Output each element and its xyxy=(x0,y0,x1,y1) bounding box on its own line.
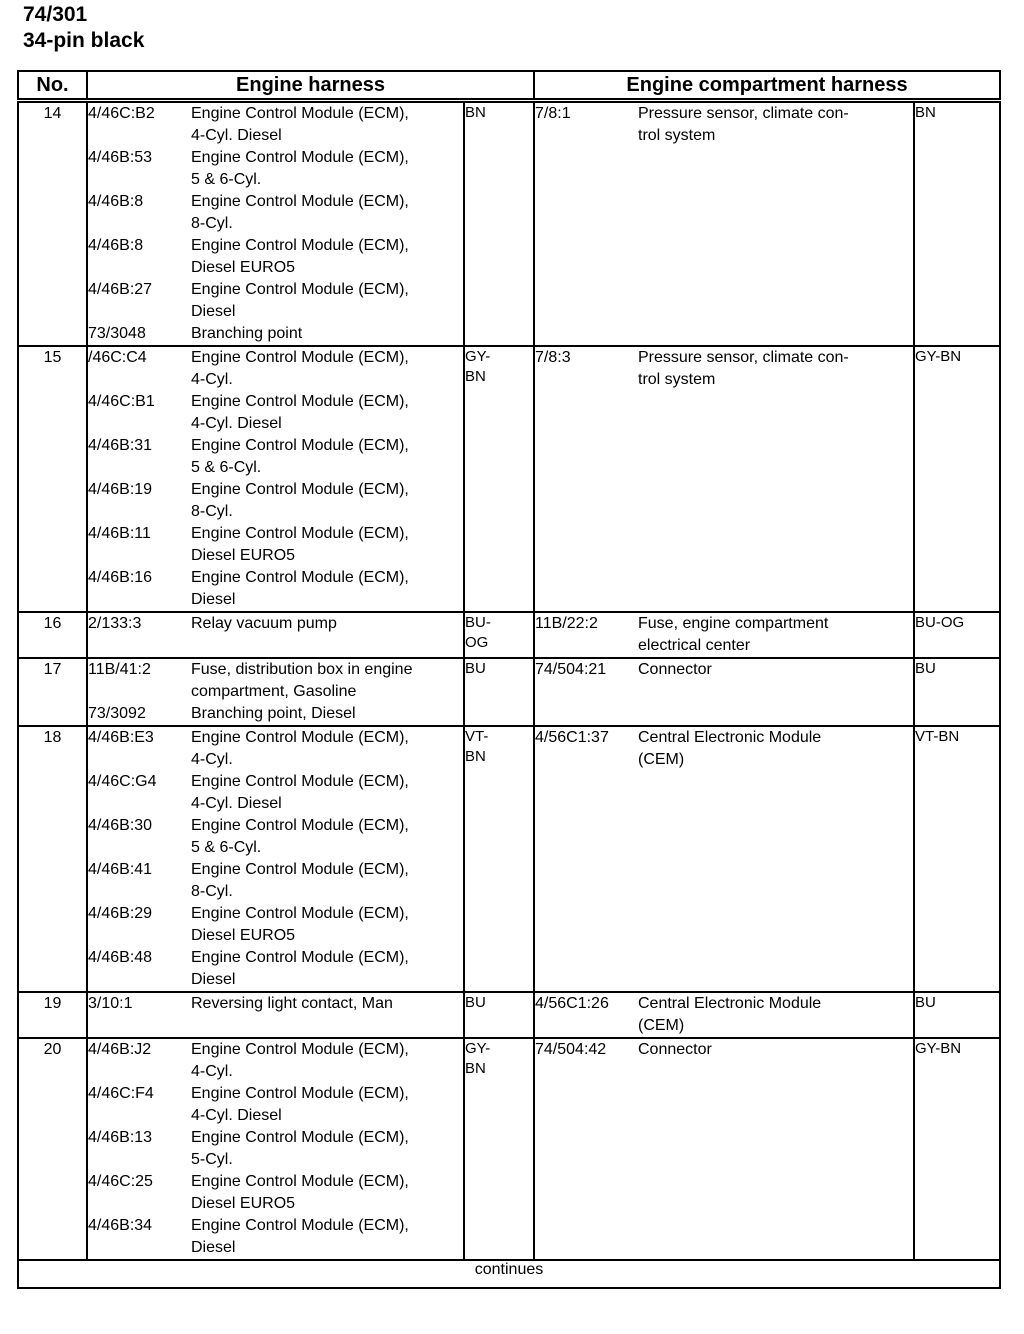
connector-pin-code: 74/504:42 xyxy=(535,1039,638,1061)
engine-connections: 4/46B:J2Engine Control Module (ECM),4-Cy… xyxy=(87,1038,464,1260)
component-description: Connector xyxy=(638,659,913,681)
engine-wire-color: BU xyxy=(464,992,534,1038)
connector-description: 34-pin black xyxy=(23,28,144,54)
component-description: Central Electronic Module(CEM) xyxy=(638,993,913,1037)
pin-number: 14 xyxy=(18,101,87,347)
compartment-connections: 4/56C1:37Central Electronic Module(CEM) xyxy=(534,726,914,992)
component-description: Engine Control Module (ECM),8-Cyl. xyxy=(191,859,463,903)
pin-number: 19 xyxy=(18,992,87,1038)
connector-pin-code: 7/8:1 xyxy=(535,103,638,147)
connector-id: 74/301 xyxy=(23,2,144,28)
component-description: Engine Control Module (ECM),8-Cyl. xyxy=(191,191,463,235)
component-description: Engine Control Module (ECM),Diesel EURO5 xyxy=(191,235,463,279)
component-description: Pressure sensor, climate con-trol system xyxy=(638,103,913,147)
connector-pin-code: 4/46C:25 xyxy=(88,1171,191,1215)
component-description: Engine Control Module (ECM),4-Cyl. Diese… xyxy=(191,391,463,435)
connector-pin-code: 4/46B:8 xyxy=(88,235,191,279)
compartment-wire-color: GY-BN xyxy=(914,346,1000,612)
component-description: Engine Control Module (ECM),Diesel EURO5 xyxy=(191,903,463,947)
component-description: Reversing light contact, Man xyxy=(191,993,463,1015)
connection-entry: /46C:C4Engine Control Module (ECM),4-Cyl… xyxy=(88,347,463,391)
engine-connections: 11B/41:2Fuse, distribution box in engine… xyxy=(87,658,464,726)
component-description: Pressure sensor, climate con-trol system xyxy=(638,347,913,391)
component-description: Engine Control Module (ECM),5 & 6-Cyl. xyxy=(191,147,463,191)
compartment-connections: 74/504:21Connector xyxy=(534,658,914,726)
compartment-wire-color: BU-OG xyxy=(914,612,1000,658)
connection-entry: 4/46B:41Engine Control Module (ECM),8-Cy… xyxy=(88,859,463,903)
compartment-wire-color: BU xyxy=(914,658,1000,726)
connection-entry: 74/504:42Connector xyxy=(535,1039,913,1061)
engine-wire-color: BU xyxy=(464,658,534,726)
connection-entry: 74/504:21Connector xyxy=(535,659,913,681)
connector-pin-code: 4/46B:30 xyxy=(88,815,191,859)
compartment-connections: 7/8:3Pressure sensor, climate con-trol s… xyxy=(534,346,914,612)
engine-connections: 4/46C:B2Engine Control Module (ECM),4-Cy… xyxy=(87,101,464,347)
table-row: 162/133:3Relay vacuum pumpBU-OG11B/22:2F… xyxy=(18,612,1000,658)
pin-number: 16 xyxy=(18,612,87,658)
pin-number: 17 xyxy=(18,658,87,726)
connector-pin-code: 4/46B:27 xyxy=(88,279,191,323)
connector-pin-code: 11B/41:2 xyxy=(88,659,191,703)
connection-entry: 4/46B:30Engine Control Module (ECM),5 & … xyxy=(88,815,463,859)
connection-entry: 4/46C:25Engine Control Module (ECM),Dies… xyxy=(88,1171,463,1215)
engine-connections: 4/46B:E3Engine Control Module (ECM),4-Cy… xyxy=(87,726,464,992)
pin-table: No. Engine harness Engine compartment ha… xyxy=(17,70,1001,1289)
pin-number: 15 xyxy=(18,346,87,612)
connection-entry: 73/3048Branching point xyxy=(88,323,463,345)
table-header-row: No. Engine harness Engine compartment ha… xyxy=(18,71,1000,101)
engine-wire-color: GY-BN xyxy=(464,1038,534,1260)
component-description: Branching point xyxy=(191,323,463,345)
component-description: Central Electronic Module(CEM) xyxy=(638,727,913,771)
connection-entry: 11B/41:2Fuse, distribution box in engine… xyxy=(88,659,463,703)
connection-entry: 7/8:1Pressure sensor, climate con-trol s… xyxy=(535,103,913,147)
component-description: Engine Control Module (ECM),Diesel EURO5 xyxy=(191,1171,463,1215)
connector-pin-code: 4/46B:48 xyxy=(88,947,191,991)
engine-wire-color: BU-OG xyxy=(464,612,534,658)
connector-pin-code: 4/46C:B2 xyxy=(88,103,191,147)
connection-entry: 4/46B:8Engine Control Module (ECM),Diese… xyxy=(88,235,463,279)
connector-pin-code: 4/46B:E3 xyxy=(88,727,191,771)
connection-entry: 4/46B:29Engine Control Module (ECM),Dies… xyxy=(88,903,463,947)
component-description: Engine Control Module (ECM),8-Cyl. xyxy=(191,479,463,523)
connection-entry: 3/10:1Reversing light contact, Man xyxy=(88,993,463,1015)
connection-entry: 4/46C:F4Engine Control Module (ECM),4-Cy… xyxy=(88,1083,463,1127)
connection-entry: 4/46B:J2Engine Control Module (ECM),4-Cy… xyxy=(88,1039,463,1083)
connection-entry: 4/46B:13Engine Control Module (ECM),5-Cy… xyxy=(88,1127,463,1171)
header-engine-harness: Engine harness xyxy=(87,71,534,101)
connection-entry: 4/46C:B2Engine Control Module (ECM),4-Cy… xyxy=(88,103,463,147)
connection-entry: 73/3092Branching point, Diesel xyxy=(88,703,463,725)
compartment-wire-color: BU xyxy=(914,992,1000,1038)
connector-pin-code: 4/46B:8 xyxy=(88,191,191,235)
connector-pin-code: 4/46B:41 xyxy=(88,859,191,903)
connector-pin-code: 3/10:1 xyxy=(88,993,191,1015)
engine-wire-color: BN xyxy=(464,101,534,347)
connection-entry: 4/46B:8Engine Control Module (ECM),8-Cyl… xyxy=(88,191,463,235)
table-row: 144/46C:B2Engine Control Module (ECM),4-… xyxy=(18,101,1000,347)
pin-number: 20 xyxy=(18,1038,87,1260)
component-description: Engine Control Module (ECM),4-Cyl. xyxy=(191,1039,463,1083)
header-engine-compartment-harness: Engine compartment harness xyxy=(534,71,1000,101)
connector-pin-code: 4/46C:F4 xyxy=(88,1083,191,1127)
component-description: Engine Control Module (ECM),Diesel EURO5 xyxy=(191,523,463,567)
connection-entry: 7/8:3Pressure sensor, climate con-trol s… xyxy=(535,347,913,391)
connection-entry: 4/46B:48Engine Control Module (ECM),Dies… xyxy=(88,947,463,991)
component-description: Engine Control Module (ECM),Diesel xyxy=(191,1215,463,1259)
connector-pin-code: 73/3048 xyxy=(88,323,191,345)
component-description: Engine Control Module (ECM),Diesel xyxy=(191,947,463,991)
engine-wire-color: VT-BN xyxy=(464,726,534,992)
connector-pin-code: 4/46B:J2 xyxy=(88,1039,191,1083)
component-description: Engine Control Module (ECM),4-Cyl. xyxy=(191,727,463,771)
engine-connections: /46C:C4Engine Control Module (ECM),4-Cyl… xyxy=(87,346,464,612)
connector-pin-code: 4/46C:B1 xyxy=(88,391,191,435)
table-row: 184/46B:E3Engine Control Module (ECM),4-… xyxy=(18,726,1000,992)
table-row: 193/10:1Reversing light contact, ManBU4/… xyxy=(18,992,1000,1038)
table-footer-row: continues xyxy=(18,1260,1000,1288)
connector-pin-code: 4/46B:29 xyxy=(88,903,191,947)
connection-entry: 11B/22:2Fuse, engine compartmentelectric… xyxy=(535,613,913,657)
component-description: Relay vacuum pump xyxy=(191,613,463,635)
table-row: 15/46C:C4Engine Control Module (ECM),4-C… xyxy=(18,346,1000,612)
connector-pin-code: 4/46C:G4 xyxy=(88,771,191,815)
component-description: Engine Control Module (ECM),5 & 6-Cyl. xyxy=(191,815,463,859)
component-description: Engine Control Module (ECM),4-Cyl. Diese… xyxy=(191,1083,463,1127)
pin-table-body: 144/46C:B2Engine Control Module (ECM),4-… xyxy=(18,101,1000,1261)
connection-entry: 4/46B:34Engine Control Module (ECM),Dies… xyxy=(88,1215,463,1259)
connector-pin-code: 4/46B:13 xyxy=(88,1127,191,1171)
component-description: Engine Control Module (ECM),Diesel xyxy=(191,567,463,611)
component-description: Engine Control Module (ECM),4-Cyl. xyxy=(191,347,463,391)
connector-pin-code: 11B/22:2 xyxy=(535,613,638,657)
compartment-connections: 7/8:1Pressure sensor, climate con-trol s… xyxy=(534,101,914,347)
connector-pin-code: 2/133:3 xyxy=(88,613,191,635)
connection-entry: 4/46B:27Engine Control Module (ECM),Dies… xyxy=(88,279,463,323)
connector-title: 74/301 34-pin black xyxy=(23,2,144,54)
connector-pin-code: /46C:C4 xyxy=(88,347,191,391)
connection-entry: 4/46C:B1Engine Control Module (ECM),4-Cy… xyxy=(88,391,463,435)
continues-note: continues xyxy=(18,1260,1000,1288)
component-description: Engine Control Module (ECM),5 & 6-Cyl. xyxy=(191,435,463,479)
component-description: Fuse, distribution box in enginecompartm… xyxy=(191,659,463,703)
connector-pin-code: 74/504:21 xyxy=(535,659,638,681)
compartment-connections: 11B/22:2Fuse, engine compartmentelectric… xyxy=(534,612,914,658)
engine-connections: 3/10:1Reversing light contact, Man xyxy=(87,992,464,1038)
connection-entry: 4/46B:53Engine Control Module (ECM),5 & … xyxy=(88,147,463,191)
header-no: No. xyxy=(18,71,87,101)
component-description: Engine Control Module (ECM),4-Cyl. Diese… xyxy=(191,771,463,815)
compartment-wire-color: GY-BN xyxy=(914,1038,1000,1260)
component-description: Engine Control Module (ECM),4-Cyl. Diese… xyxy=(191,103,463,147)
compartment-connections: 74/504:42Connector xyxy=(534,1038,914,1260)
connector-pin-code: 4/56C1:26 xyxy=(535,993,638,1037)
connection-entry: 4/56C1:37Central Electronic Module(CEM) xyxy=(535,727,913,771)
table-row: 1711B/41:2Fuse, distribution box in engi… xyxy=(18,658,1000,726)
connector-pin-code: 4/46B:34 xyxy=(88,1215,191,1259)
component-description: Engine Control Module (ECM),5-Cyl. xyxy=(191,1127,463,1171)
compartment-connections: 4/56C1:26Central Electronic Module(CEM) xyxy=(534,992,914,1038)
connection-entry: 4/46B:16Engine Control Module (ECM),Dies… xyxy=(88,567,463,611)
connector-pin-code: 4/46B:53 xyxy=(88,147,191,191)
engine-wire-color: GY-BN xyxy=(464,346,534,612)
table-row: 204/46B:J2Engine Control Module (ECM),4-… xyxy=(18,1038,1000,1260)
connection-entry: 4/46B:31Engine Control Module (ECM),5 & … xyxy=(88,435,463,479)
connection-entry: 4/46B:19Engine Control Module (ECM),8-Cy… xyxy=(88,479,463,523)
connection-entry: 4/46B:E3Engine Control Module (ECM),4-Cy… xyxy=(88,727,463,771)
compartment-wire-color: BN xyxy=(914,101,1000,347)
engine-connections: 2/133:3Relay vacuum pump xyxy=(87,612,464,658)
connector-pin-code: 4/56C1:37 xyxy=(535,727,638,771)
pin-number: 18 xyxy=(18,726,87,992)
component-description: Connector xyxy=(638,1039,913,1061)
connection-entry: 4/46B:11Engine Control Module (ECM),Dies… xyxy=(88,523,463,567)
component-description: Engine Control Module (ECM),Diesel xyxy=(191,279,463,323)
connection-entry: 4/56C1:26Central Electronic Module(CEM) xyxy=(535,993,913,1037)
connector-pin-code: 4/46B:16 xyxy=(88,567,191,611)
connection-entry: 2/133:3Relay vacuum pump xyxy=(88,613,463,635)
connection-entry: 4/46C:G4Engine Control Module (ECM),4-Cy… xyxy=(88,771,463,815)
compartment-wire-color: VT-BN xyxy=(914,726,1000,992)
connector-pin-code: 4/46B:19 xyxy=(88,479,191,523)
component-description: Branching point, Diesel xyxy=(191,703,463,725)
connector-pin-code: 4/46B:11 xyxy=(88,523,191,567)
connector-pin-code: 73/3092 xyxy=(88,703,191,725)
connector-pin-code: 7/8:3 xyxy=(535,347,638,391)
connector-pin-code: 4/46B:31 xyxy=(88,435,191,479)
component-description: Fuse, engine compartmentelectrical cente… xyxy=(638,613,913,657)
